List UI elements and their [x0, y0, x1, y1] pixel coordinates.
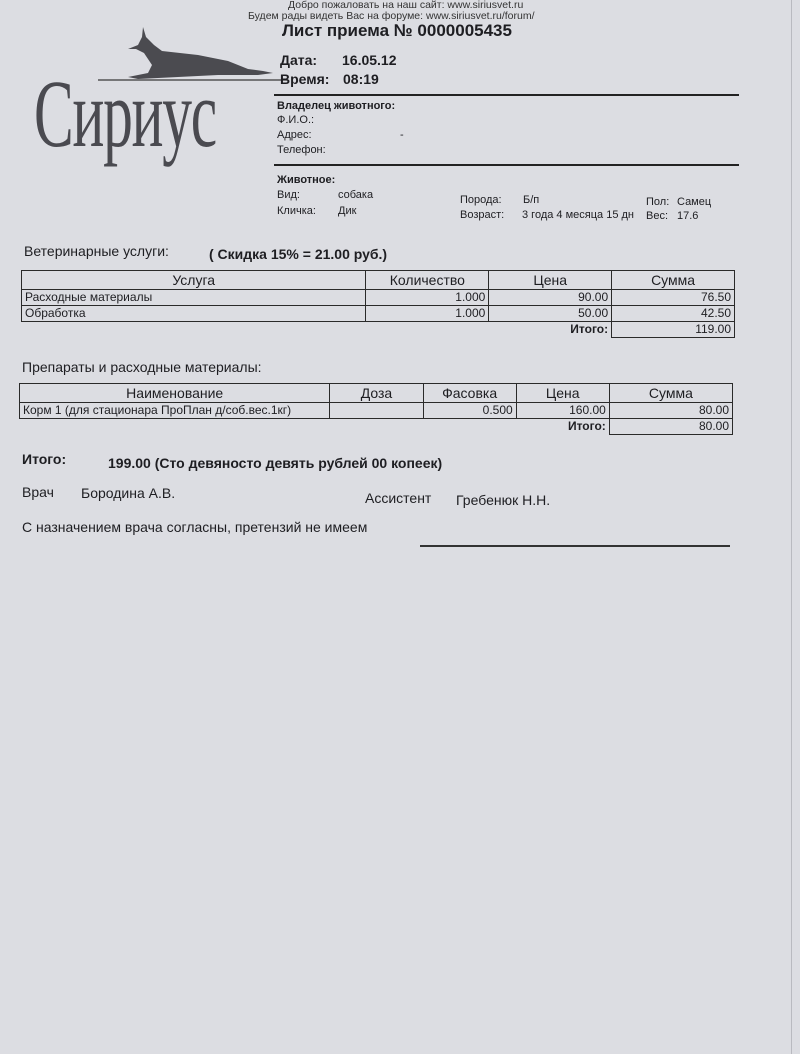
column-header: Сумма — [612, 271, 735, 290]
services-section-label: Ветеринарные услуги: — [24, 243, 169, 259]
pet-name-value: Дик — [338, 205, 356, 217]
time-value: 08:19 — [343, 71, 379, 87]
discount-text: ( Скидка 15% = 21.00 руб.) — [209, 246, 387, 262]
column-header: Фасовка — [423, 384, 516, 403]
table-header-row: Наименование Доза Фасовка Цена Сумма — [20, 384, 733, 403]
material-price: 160.00 — [516, 403, 609, 419]
material-name: Корм 1 (для стационара ПроПлан д/соб.вес… — [20, 403, 330, 419]
logo-text: Сириус — [34, 58, 216, 169]
weight-label: Вес: — [646, 210, 668, 222]
sex-value: Самец — [677, 196, 711, 208]
services-total-label: Итого: — [489, 322, 612, 338]
divider — [274, 94, 739, 96]
consent-text: С назначением врача согласны, претензий … — [22, 519, 367, 535]
age-value: 3 года 4 месяца 15 дн — [522, 209, 634, 221]
animal-section-label: Животное: — [277, 174, 335, 186]
species-label: Вид: — [277, 189, 300, 201]
table-total-row: Итого: 80.00 — [20, 419, 733, 435]
breed-label: Порода: — [460, 194, 502, 206]
table-total-row: Итого: 119.00 — [22, 322, 735, 338]
doctor-label: Врач — [22, 484, 54, 500]
column-header: Сумма — [609, 384, 732, 403]
materials-section-label: Препараты и расходные материалы: — [22, 359, 262, 375]
time-label: Время: — [280, 71, 329, 87]
date-value: 16.05.12 — [342, 52, 397, 68]
materials-total-value: 80.00 — [609, 419, 732, 435]
sex-label: Пол: — [646, 196, 669, 208]
clinic-logo: Сириус — [28, 18, 258, 218]
column-header: Наименование — [20, 384, 330, 403]
owner-section-label: Владелец животного: — [277, 100, 395, 112]
owner-name-label: Ф.И.О.: — [277, 114, 314, 126]
divider — [274, 164, 739, 166]
service-name: Расходные материалы — [22, 290, 366, 306]
service-sum: 76.50 — [612, 290, 735, 306]
grand-total-label: Итого: — [22, 451, 66, 467]
column-header: Количество — [366, 271, 489, 290]
service-sum: 42.50 — [612, 306, 735, 322]
owner-phone-label: Телефон: — [277, 144, 326, 156]
doctor-value: Бородина А.В. — [81, 485, 175, 501]
column-header: Услуга — [22, 271, 366, 290]
age-label: Возраст: — [460, 209, 504, 221]
owner-address-value: - — [400, 129, 404, 141]
pet-name-label: Кличка: — [277, 205, 316, 217]
table-row: Обработка 1.000 50.00 42.50 — [22, 306, 735, 322]
breed-value: Б/п — [523, 194, 539, 206]
table-header-row: Услуга Количество Цена Сумма — [22, 271, 735, 290]
material-dose — [330, 403, 423, 419]
species-value: собака — [338, 189, 373, 201]
assistant-label: Ассистент — [365, 490, 431, 506]
service-qty: 1.000 — [366, 290, 489, 306]
assistant-value: Гребенюк Н.Н. — [456, 492, 550, 508]
services-total-value: 119.00 — [612, 322, 735, 338]
grand-total-value: 199.00 (Сто девяносто девять рублей 00 к… — [108, 455, 442, 471]
owner-address-label: Адрес: — [277, 129, 312, 141]
service-price: 90.00 — [489, 290, 612, 306]
materials-table: Наименование Доза Фасовка Цена Сумма Кор… — [19, 383, 733, 435]
date-label: Дата: — [280, 52, 317, 68]
service-name: Обработка — [22, 306, 366, 322]
column-header: Цена — [489, 271, 612, 290]
column-header: Доза — [330, 384, 423, 403]
signature-line — [420, 545, 730, 547]
document-title: Лист приема № 0000005435 — [282, 21, 512, 41]
table-row: Расходные материалы 1.000 90.00 76.50 — [22, 290, 735, 306]
material-sum: 80.00 — [609, 403, 732, 419]
services-table: Услуга Количество Цена Сумма Расходные м… — [21, 270, 735, 338]
service-price: 50.00 — [489, 306, 612, 322]
materials-total-label: Итого: — [516, 419, 609, 435]
table-row: Корм 1 (для стационара ПроПлан д/соб.вес… — [20, 403, 733, 419]
page-edge — [791, 0, 792, 1054]
weight-value: 17.6 — [677, 210, 698, 222]
service-qty: 1.000 — [366, 306, 489, 322]
column-header: Цена — [516, 384, 609, 403]
material-pack: 0.500 — [423, 403, 516, 419]
